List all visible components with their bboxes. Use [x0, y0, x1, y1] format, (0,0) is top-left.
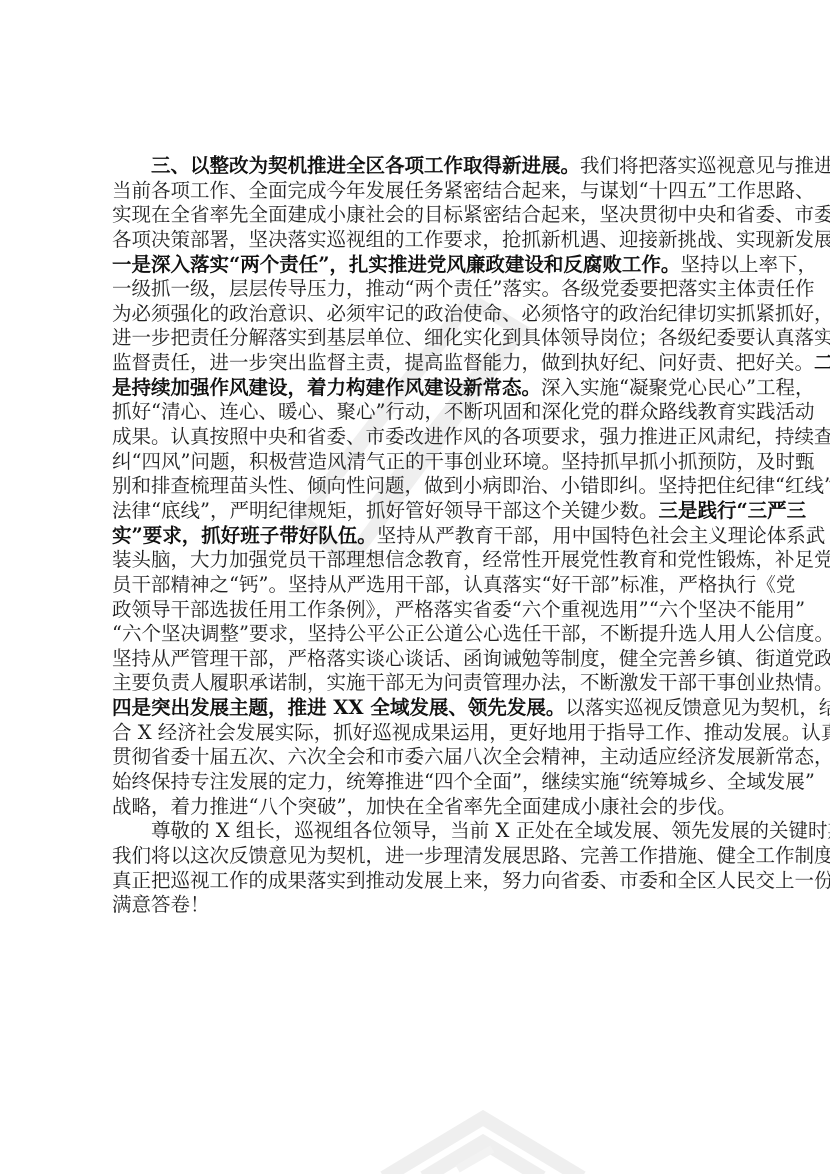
body-text: 战略，着力推进“八个突破”，加快在全省率先全面建成小康社会的步伐。: [112, 795, 736, 818]
body-text: 抓好“清心、连心、暖心、聚心”行动，不断巩固和深化党的群众路线教育实践活动: [112, 400, 814, 423]
document-body: 三、以整改为契机推进全区各项工作取得新进展。我们将把落实巡视意见与推进当前各项工…: [112, 154, 736, 918]
body-text: 坚持以上率下，: [680, 253, 817, 276]
body-text: 法律“底线”，严明纪律规矩，抓好管好领导干部这个关键少数。: [112, 499, 658, 522]
body-text: 坚持从严教育干部，用中国特色社会主义理论体系武: [377, 524, 826, 547]
text-line: 成果。认真按照中央和省委、市委改进作风的各项要求，强力推进正风肃纪，持续查: [112, 425, 736, 450]
body-text: 尊敬的 X 组长，巡视组各位领导，当前 X 正处在全域发展、领先发展的关键时期。: [151, 819, 830, 842]
body-text: 贯彻省委十届五次、六次全会和市委六届八次全会精神，主动适应经济发展新常态，: [112, 745, 830, 768]
text-line: 纠“四风”问题，积极营造风清气正的干事创业环境。坚持抓早抓小抓预防，及时甄: [112, 450, 736, 475]
bold-heading-text: 实”要求，抓好班子带好队伍。: [112, 524, 377, 547]
text-line: 抓好“清心、连心、暖心、聚心”行动，不断巩固和深化党的群众路线教育实践活动: [112, 400, 736, 425]
body-text: 当前各项工作、全面完成今年发展任务紧密结合起来，与谋划“十四五”工作思路、: [112, 179, 814, 202]
body-text: 我们将把落实巡视意见与推进: [580, 154, 830, 177]
body-text: 员干部精神之“钙”。坚持从严选用干部，认真落实“好干部”标准，严格执行《党: [112, 573, 795, 596]
text-line: 尊敬的 X 组长，巡视组各位领导，当前 X 正处在全域发展、领先发展的关键时期。: [112, 819, 736, 844]
text-line: 监督责任，进一步突出监督主责，提高监督能力，做到执好纪、问好责、把好关。二: [112, 351, 736, 376]
text-line: 满意答卷！: [112, 893, 736, 918]
text-line: 坚持从严管理干部，严格落实谈心谈话、函询诫勉等制度，健全完善乡镇、街道党政: [112, 647, 736, 672]
text-line: 始终保持专注发展的定力，统筹推进“四个全面”，继续实施“统筹城乡、全域发展”: [112, 770, 736, 795]
text-line: 政领导干部选拔任用工作条例》，严格落实省委“六个重视选用”“六个坚决不能用”: [112, 598, 736, 623]
text-line: 实现在全省率先全面建成小康社会的目标紧密结合起来，坚决贯彻中央和省委、市委: [112, 203, 736, 228]
bold-heading-text: 三是践行“三严三: [658, 499, 806, 522]
text-line: 我们将以这次反馈意见为契机，进一步理清发展思路、完善工作措施、健全工作制度，: [112, 844, 736, 869]
text-line: 主要负责人履职承诺制，实施干部无为问责管理办法，不断激发干部干事创业热情。: [112, 671, 736, 696]
body-text: 为必须强化的政治意识、必须牢记的政治使命、必须恪守的政治纪律切实抓紧抓好，: [112, 302, 830, 325]
body-text: 各项决策部署，坚决落实巡视组的工作要求，抢抓新机遇、迎接新挑战、实现新发展。: [112, 228, 830, 251]
text-line: 真正把巡视工作的成果落实到推动发展上来，努力向省委、市委和全区人民交上一份: [112, 869, 736, 894]
body-text: 满意答卷！: [112, 893, 210, 916]
text-line: 各项决策部署，坚决落实巡视组的工作要求，抢抓新机遇、迎接新挑战、实现新发展。: [112, 228, 736, 253]
text-line: 一级抓一级，层层传导压力，推动“两个责任”落实。各级党委要把落实主体责任作: [112, 277, 736, 302]
body-text: 深入实施“凝聚党心民心”工程，: [541, 376, 814, 399]
text-line: 员干部精神之“钙”。坚持从严选用干部，认真落实“好干部”标准，严格执行《党: [112, 573, 736, 598]
body-text: 以落实巡视反馈意见为契机，结: [565, 696, 830, 719]
body-text: 合 X 经济社会发展实际，抓好巡视成果运用，更好地用于指导工作、推动发展。认真: [112, 721, 830, 744]
text-line: 法律“底线”，严明纪律规矩，抓好管好领导干部这个关键少数。三是践行“三严三: [112, 499, 736, 524]
bold-heading-text: 四是突出发展主题，推进 XX 全域发展、领先发展。: [112, 696, 565, 719]
body-text: 别和排查梳理苗头性、倾向性问题，做到小病即治、小错即纠。坚持把住纪律“红线”、: [112, 474, 830, 497]
body-text: 始终保持专注发展的定力，统筹推进“四个全面”，继续实施“统筹城乡、全域发展”: [112, 770, 815, 793]
document-page: 三、以整改为契机推进全区各项工作取得新进展。我们将把落实巡视意见与推进当前各项工…: [0, 0, 830, 1174]
body-text: 纠“四风”问题，积极营造风清气正的干事创业环境。坚持抓早抓小抓预防，及时甄: [112, 450, 814, 473]
bold-heading-text: 一是深入落实“两个责任”，扎实推进党风廉政建设和反腐败工作。: [112, 253, 680, 276]
bold-heading-text: 三、以整改为契机推进全区各项工作取得新进展。: [151, 154, 580, 177]
body-text: 坚持从严管理干部，严格落实谈心谈话、函询诫勉等制度，健全完善乡镇、街道党政: [112, 647, 830, 670]
text-line: 四是突出发展主题，推进 XX 全域发展、领先发展。以落实巡视反馈意见为契机，结: [112, 696, 736, 721]
bold-heading-text: 二: [814, 351, 830, 374]
body-text: 主要负责人履职承诺制，实施干部无为问责管理办法，不断激发干部干事创业热情。: [112, 671, 830, 694]
text-line: 装头脑，大力加强党员干部理想信念教育，经常性开展党性教育和党性锻炼，补足党: [112, 548, 736, 573]
body-text: 政领导干部选拔任用工作条例》，严格落实省委“六个重视选用”“六个坚决不能用”: [112, 598, 805, 621]
body-text: “六个坚决调整”要求，坚持公平公正公道公心选任干部，不断提升选人用人公信度。: [112, 622, 830, 645]
body-text: 监督责任，进一步突出监督主责，提高监督能力，做到执好纪、问好责、把好关。: [112, 351, 814, 374]
bold-heading-text: 是持续加强作风建设，着力构建作风建设新常态。: [112, 376, 541, 399]
text-line: 为必须强化的政治意识、必须牢记的政治使命、必须恪守的政治纪律切实抓紧抓好，: [112, 302, 736, 327]
text-line: 别和排查梳理苗头性、倾向性问题，做到小病即治、小错即纠。坚持把住纪律“红线”、: [112, 474, 736, 499]
text-line: 进一步把责任分解落实到基层单位、细化实化到具体领导岗位；各级纪委要认真落实: [112, 326, 736, 351]
body-text: 真正把巡视工作的成果落实到推动发展上来，努力向省委、市委和全区人民交上一份: [112, 869, 830, 892]
text-line: 贯彻省委十届五次、六次全会和市委六届八次全会精神，主动适应经济发展新常态，: [112, 745, 736, 770]
text-line: 当前各项工作、全面完成今年发展任务紧密结合起来，与谋划“十四五”工作思路、: [112, 179, 736, 204]
text-line: 实”要求，抓好班子带好队伍。坚持从严教育干部，用中国特色社会主义理论体系武: [112, 524, 736, 549]
body-text: 进一步把责任分解落实到基层单位、细化实化到具体领导岗位；各级纪委要认真落实: [112, 326, 830, 349]
text-line: 是持续加强作风建设，着力构建作风建设新常态。深入实施“凝聚党心民心”工程，: [112, 376, 736, 401]
body-text: 一级抓一级，层层传导压力，推动“两个责任”落实。各级党委要把落实主体责任作: [112, 277, 814, 300]
text-line: 一是深入落实“两个责任”，扎实推进党风廉政建设和反腐败工作。坚持以上率下，: [112, 253, 736, 278]
text-line: 合 X 经济社会发展实际，抓好巡视成果运用，更好地用于指导工作、推动发展。认真: [112, 721, 736, 746]
text-line: “六个坚决调整”要求，坚持公平公正公道公心选任干部，不断提升选人用人公信度。: [112, 622, 736, 647]
body-text: 实现在全省率先全面建成小康社会的目标紧密结合起来，坚决贯彻中央和省委、市委: [112, 203, 830, 226]
body-text: 我们将以这次反馈意见为契机，进一步理清发展思路、完善工作措施、健全工作制度，: [112, 844, 830, 867]
paragraph-closing: 尊敬的 X 组长，巡视组各位领导，当前 X 正处在全域发展、领先发展的关键时期。…: [112, 819, 736, 918]
body-text: 成果。认真按照中央和省委、市委改进作风的各项要求，强力推进正风肃纪，持续查: [112, 425, 830, 448]
body-text: 装头脑，大力加强党员干部理想信念教育，经常性开展党性教育和党性锻炼，补足党: [112, 548, 830, 571]
text-line: 战略，着力推进“八个突破”，加快在全省率先全面建成小康社会的步伐。: [112, 795, 736, 820]
paragraph-section-three: 三、以整改为契机推进全区各项工作取得新进展。我们将把落实巡视意见与推进当前各项工…: [112, 154, 736, 819]
text-line: 三、以整改为契机推进全区各项工作取得新进展。我们将把落实巡视意见与推进: [112, 154, 736, 179]
